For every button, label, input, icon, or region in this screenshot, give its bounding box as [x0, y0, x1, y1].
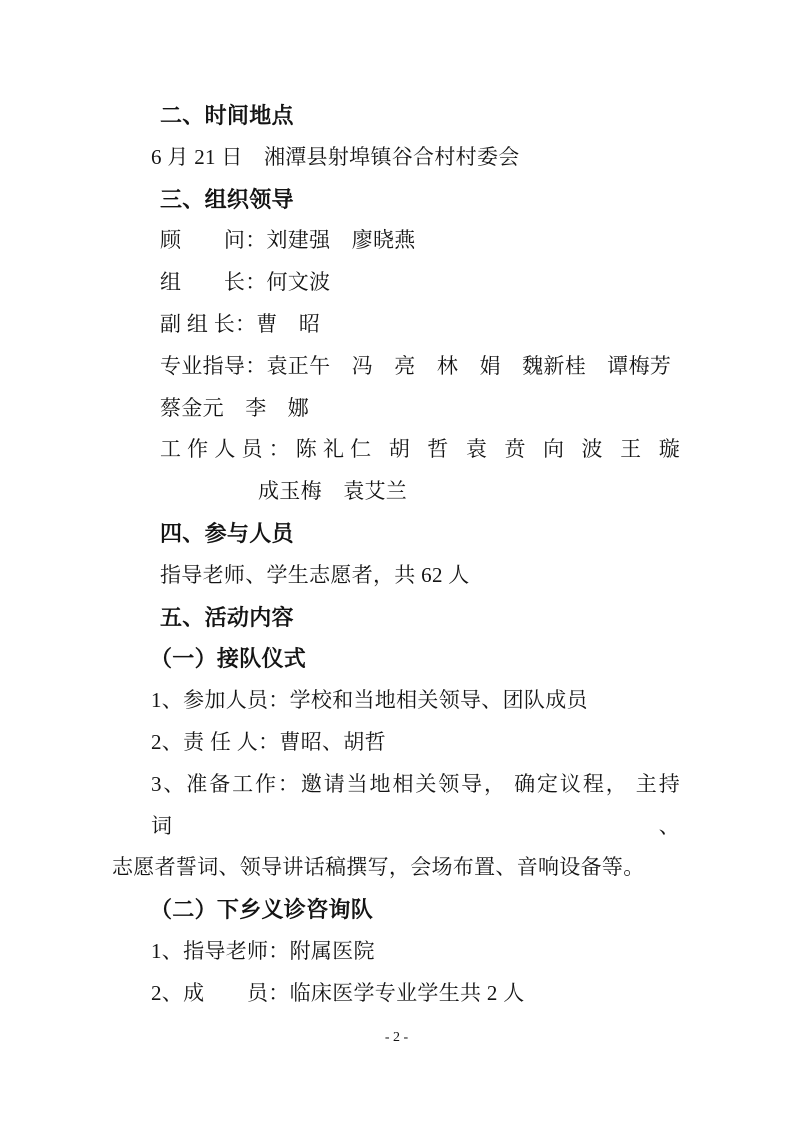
document-line-18: 志愿者誓词、领导讲话稿撰写，会场布置、音响设备等。 [112, 847, 680, 889]
document-line-11: 四、参与人员 [112, 513, 680, 555]
document-line-1: 二、时间地点 [112, 95, 680, 137]
document-line-7: 专业指导：袁正午 冯 亮 林 娟 魏新桂 谭梅芳 [112, 346, 680, 388]
document-page: 二、时间地点6 月 21 日 湘潭县射埠镇谷合村村委会三、组织领导顾 问：刘建强… [0, 0, 793, 1122]
document-line-15: 1、参加人员：学校和当地相关领导、团队成员 [112, 680, 680, 722]
document-line-20: 1、指导老师：附属医院 [112, 931, 680, 973]
document-line-10: 成玉梅 袁艾兰 [112, 471, 680, 513]
document-line-13: 五、活动内容 [112, 597, 680, 639]
document-line-9: 工作人员：陈礼仁 胡 哲 袁 贲 向 波 王 璇 [112, 429, 680, 471]
document-line-19: （二）下乡义诊咨询队 [112, 889, 680, 931]
document-line-21: 2、成 员：临床医学专业学生共 2 人 [112, 973, 680, 1015]
document-line-3: 三、组织领导 [112, 179, 680, 221]
document-line-5: 组 长：何文波 [112, 262, 680, 304]
document-line-2: 6 月 21 日 湘潭县射埠镇谷合村村委会 [112, 137, 680, 179]
document-line-17: 3、准备工作：邀请当地相关领导， 确定议程， 主持词、 [112, 764, 680, 848]
page-number: - 2 - [0, 1028, 793, 1048]
document-line-8: 蔡金元 李 娜 [112, 388, 680, 430]
document-body: 二、时间地点6 月 21 日 湘潭县射埠镇谷合村村委会三、组织领导顾 问：刘建强… [112, 95, 680, 1015]
document-line-16: 2、责 任 人：曹昭、胡哲 [112, 722, 680, 764]
document-line-4: 顾 问：刘建强 廖晓燕 [112, 220, 680, 262]
document-line-14: （一）接队仪式 [112, 638, 680, 680]
document-line-6: 副 组 长：曹 昭 [112, 304, 680, 346]
document-line-12: 指导老师、学生志愿者，共 62 人 [112, 555, 680, 597]
